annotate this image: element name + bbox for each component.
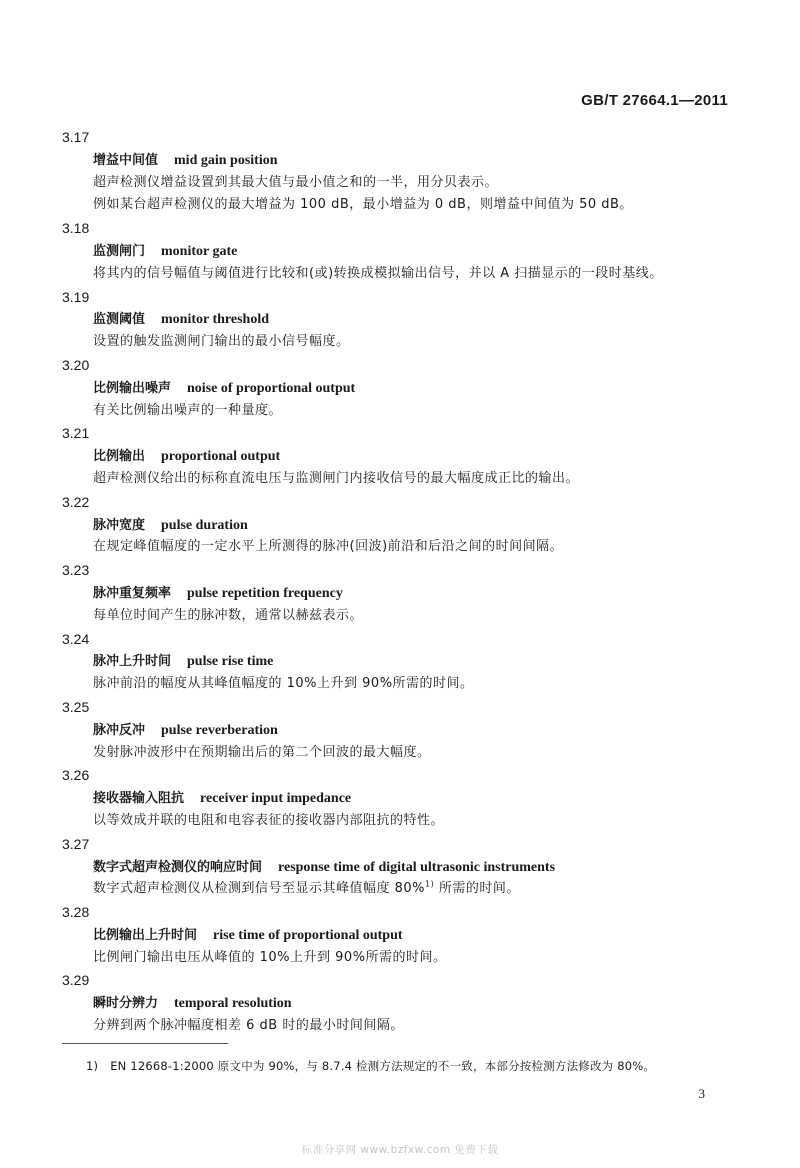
definition: 分辨到两个脉冲幅度相差 6 dB 时的最小时间间隔。 xyxy=(62,1015,742,1038)
term-en: rise time of proportional output xyxy=(213,928,403,943)
term-zh: 增益中间值 xyxy=(93,153,158,168)
definition: 比例闸门输出电压从峰值的 10%上升到 90%所需的时间。 xyxy=(62,947,742,970)
definition: 超声检测仪增益设置到其最大值与最小值之和的一半，用分贝表示。 xyxy=(62,172,742,195)
term-zh: 数字式超声检测仪的响应时间 xyxy=(93,860,262,875)
term-zh: 接收器输入阻抗 xyxy=(93,791,184,806)
page-number: 3 xyxy=(699,1086,706,1102)
section-3-17: 3.17 增益中间值mid gain position 超声检测仪增益设置到其最… xyxy=(62,126,742,217)
term-en: pulse repetition frequency xyxy=(187,586,343,601)
section-number: 3.18 xyxy=(62,217,742,240)
example: 例如某台超声检测仪的最大增益为 100 dB，最小增益为 0 dB，则增益中间值… xyxy=(62,194,742,217)
definition: 设置的触发监测闸门输出的最小信号幅度。 xyxy=(62,331,742,354)
term-en: monitor threshold xyxy=(161,312,269,327)
definition: 每单位时间产生的脉冲数，通常以赫兹表示。 xyxy=(62,605,742,628)
section-3-19: 3.19 监测阈值monitor threshold 设置的触发监测闸门输出的最… xyxy=(62,286,742,354)
footnote-divider xyxy=(62,1043,228,1044)
term-zh: 脉冲反冲 xyxy=(93,723,145,738)
footnote-reference[interactable]: 1) xyxy=(425,880,434,889)
section-3-18: 3.18 监测闸门monitor gate 将其内的信号幅值与阈值进行比较和(或… xyxy=(62,217,742,285)
section-3-22: 3.22 脉冲宽度pulse duration 在规定峰值幅度的一定水平上所测得… xyxy=(62,491,742,559)
term-zh: 比例输出上升时间 xyxy=(93,928,197,943)
section-3-29: 3.29 瞬时分辨力temporal resolution 分辨到两个脉冲幅度相… xyxy=(62,969,742,1037)
term-en: monitor gate xyxy=(161,244,237,259)
definition: 在规定峰值幅度的一定水平上所测得的脉冲(回波)前沿和后沿之间的时间间隔。 xyxy=(62,536,742,559)
definition: 以等效成并联的电阻和电容表征的接收器内部阻抗的特性。 xyxy=(62,810,742,833)
term-en: mid gain position xyxy=(174,153,277,168)
section-3-20: 3.20 比例输出噪声noise of proportional output … xyxy=(62,354,742,422)
section-number: 3.19 xyxy=(62,286,742,309)
section-number: 3.26 xyxy=(62,764,742,787)
term-zh: 监测闸门 xyxy=(93,244,145,259)
section-number: 3.28 xyxy=(62,901,742,924)
definition-text: 数字式超声检测仪从检测到信号至显示其峰值幅度 80% xyxy=(93,881,425,896)
section-number: 3.23 xyxy=(62,559,742,582)
term-zh: 脉冲上升时间 xyxy=(93,654,171,669)
definition-text-end: 所需的时间。 xyxy=(434,881,520,896)
definition: 超声检测仪给出的标称直流电压与监测闸门内接收信号的最大幅度成正比的输出。 xyxy=(62,468,742,491)
term-en: pulse rise time xyxy=(187,654,273,669)
section-3-24: 3.24 脉冲上升时间pulse rise time 脉冲前沿的幅度从其峰值幅度… xyxy=(62,628,742,696)
terms-definitions: 3.17 增益中间值mid gain position 超声检测仪增益设置到其最… xyxy=(62,126,742,1038)
definition: 将其内的信号幅值与阈值进行比较和(或)转换成模拟输出信号，并以 A 扫描显示的一… xyxy=(62,263,742,286)
section-number: 3.21 xyxy=(62,422,742,445)
section-3-23: 3.23 脉冲重复频率pulse repetition frequency 每单… xyxy=(62,559,742,627)
section-number: 3.27 xyxy=(62,833,742,856)
section-3-21: 3.21 比例输出proportional output 超声检测仪给出的标称直… xyxy=(62,422,742,490)
watermark: 标准分享网 www.bzfxw.com 免费下载 xyxy=(0,1142,800,1157)
term-en: pulse duration xyxy=(161,518,248,533)
term-zh: 比例输出噪声 xyxy=(93,381,171,396)
term-zh: 瞬时分辨力 xyxy=(93,996,158,1011)
footnote-mark: 1) xyxy=(86,1059,98,1073)
section-3-28: 3.28 比例输出上升时间rise time of proportional o… xyxy=(62,901,742,969)
definition: 脉冲前沿的幅度从其峰值幅度的 10%上升到 90%所需的时间。 xyxy=(62,673,742,696)
section-number: 3.22 xyxy=(62,491,742,514)
term-en: receiver input impedance xyxy=(200,791,351,806)
term-en: pulse reverberation xyxy=(161,723,278,738)
section-3-26: 3.26 接收器输入阻抗receiver input impedance 以等效… xyxy=(62,764,742,832)
section-number: 3.24 xyxy=(62,628,742,651)
term-en: response time of digital ultrasonic inst… xyxy=(278,860,555,875)
footnote-text: EN 12668-1:2000 原文中为 90%，与 8.7.4 检测方法规定的… xyxy=(110,1059,655,1073)
standard-code: GB/T 27664.1—2011 xyxy=(581,92,728,109)
term-zh: 比例输出 xyxy=(93,449,145,464)
section-number: 3.25 xyxy=(62,696,742,719)
term-en: proportional output xyxy=(161,449,280,464)
term-zh: 脉冲宽度 xyxy=(93,518,145,533)
section-3-25: 3.25 脉冲反冲pulse reverberation 发射脉冲波形中在预期输… xyxy=(62,696,742,764)
definition: 数字式超声检测仪从检测到信号至显示其峰值幅度 80%1) 所需的时间。 xyxy=(62,878,742,901)
section-number: 3.17 xyxy=(62,126,742,149)
footnote: 1)EN 12668-1:2000 原文中为 90%，与 8.7.4 检测方法规… xyxy=(86,1058,655,1074)
term-zh: 监测阈值 xyxy=(93,312,145,327)
definition: 发射脉冲波形中在预期输出后的第二个回波的最大幅度。 xyxy=(62,742,742,765)
section-number: 3.29 xyxy=(62,969,742,992)
term-en: temporal resolution xyxy=(174,996,292,1011)
term-zh: 脉冲重复频率 xyxy=(93,586,171,601)
term-en: noise of proportional output xyxy=(187,381,355,396)
section-number: 3.20 xyxy=(62,354,742,377)
definition: 有关比例输出噪声的一种量度。 xyxy=(62,400,742,423)
section-3-27: 3.27 数字式超声检测仪的响应时间response time of digit… xyxy=(62,833,742,901)
